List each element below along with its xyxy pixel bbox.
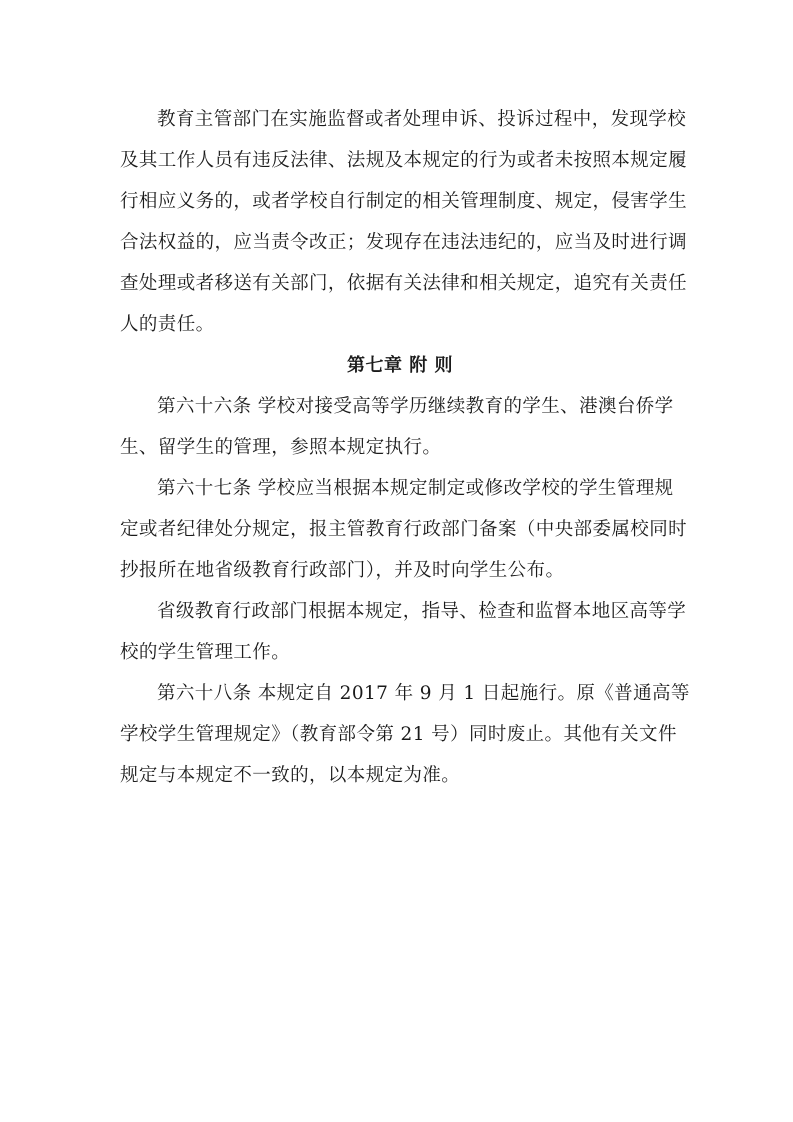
- article-68: 第六十八条 本规定自 2017 年 9 月 1 日起施行。原《普通高等 学校学生…: [120, 678, 680, 801]
- article-66: 第六十六条 学校对接受高等学历继续教育的学生、港澳台侨学 生、留学生的管理，参照…: [120, 391, 680, 473]
- text-line: 及其工作人员有违反法律、法规及本规定的行为或者未按照本规定履: [120, 145, 680, 186]
- text-line: 省级教育行政部门根据本规定，指导、检查和监督本地区高等学: [120, 596, 680, 637]
- text-line: 人的责任。: [120, 309, 680, 350]
- text-line: 第六十七条 学校应当根据本规定制定或修改学校的学生管理规: [120, 473, 680, 514]
- paragraph-supervision: 教育主管部门在实施监督或者处理申诉、投诉过程中，发现学校 及其工作人员有违反法律…: [120, 104, 680, 350]
- text-line: 规定与本规定不一致的，以本规定为准。: [120, 760, 680, 801]
- text-line: 校的学生管理工作。: [120, 637, 680, 678]
- text-line: 第六十八条 本规定自 2017 年 9 月 1 日起施行。原《普通高等: [120, 678, 680, 719]
- text-line: 合法权益的，应当责令改正；发现存在违法违纪的，应当及时进行调: [120, 227, 680, 268]
- article-67: 第六十七条 学校应当根据本规定制定或修改学校的学生管理规 定或者纪律处分规定，报…: [120, 473, 680, 678]
- document-page: 教育主管部门在实施监督或者处理申诉、投诉过程中，发现学校 及其工作人员有违反法律…: [120, 104, 680, 801]
- text-line: 教育主管部门在实施监督或者处理申诉、投诉过程中，发现学校: [120, 104, 680, 145]
- text-line: 第六十六条 学校对接受高等学历继续教育的学生、港澳台侨学: [120, 391, 680, 432]
- text-line: 行相应义务的，或者学校自行制定的相关管理制度、规定，侵害学生: [120, 186, 680, 227]
- text-line: 查处理或者移送有关部门，依据有关法律和相关规定，追究有关责任: [120, 268, 680, 309]
- text-line: 定或者纪律处分规定，报主管教育行政部门备案（中央部委属校同时: [120, 514, 680, 555]
- text-line: 抄报所在地省级教育行政部门），并及时向学生公布。: [120, 555, 680, 596]
- text-line: 学校学生管理规定》（教育部令第 21 号）同时废止。其他有关文件: [120, 719, 680, 760]
- text-line: 生、留学生的管理，参照本规定执行。: [120, 432, 680, 473]
- chapter-heading: 第七章 附 则: [120, 350, 680, 391]
